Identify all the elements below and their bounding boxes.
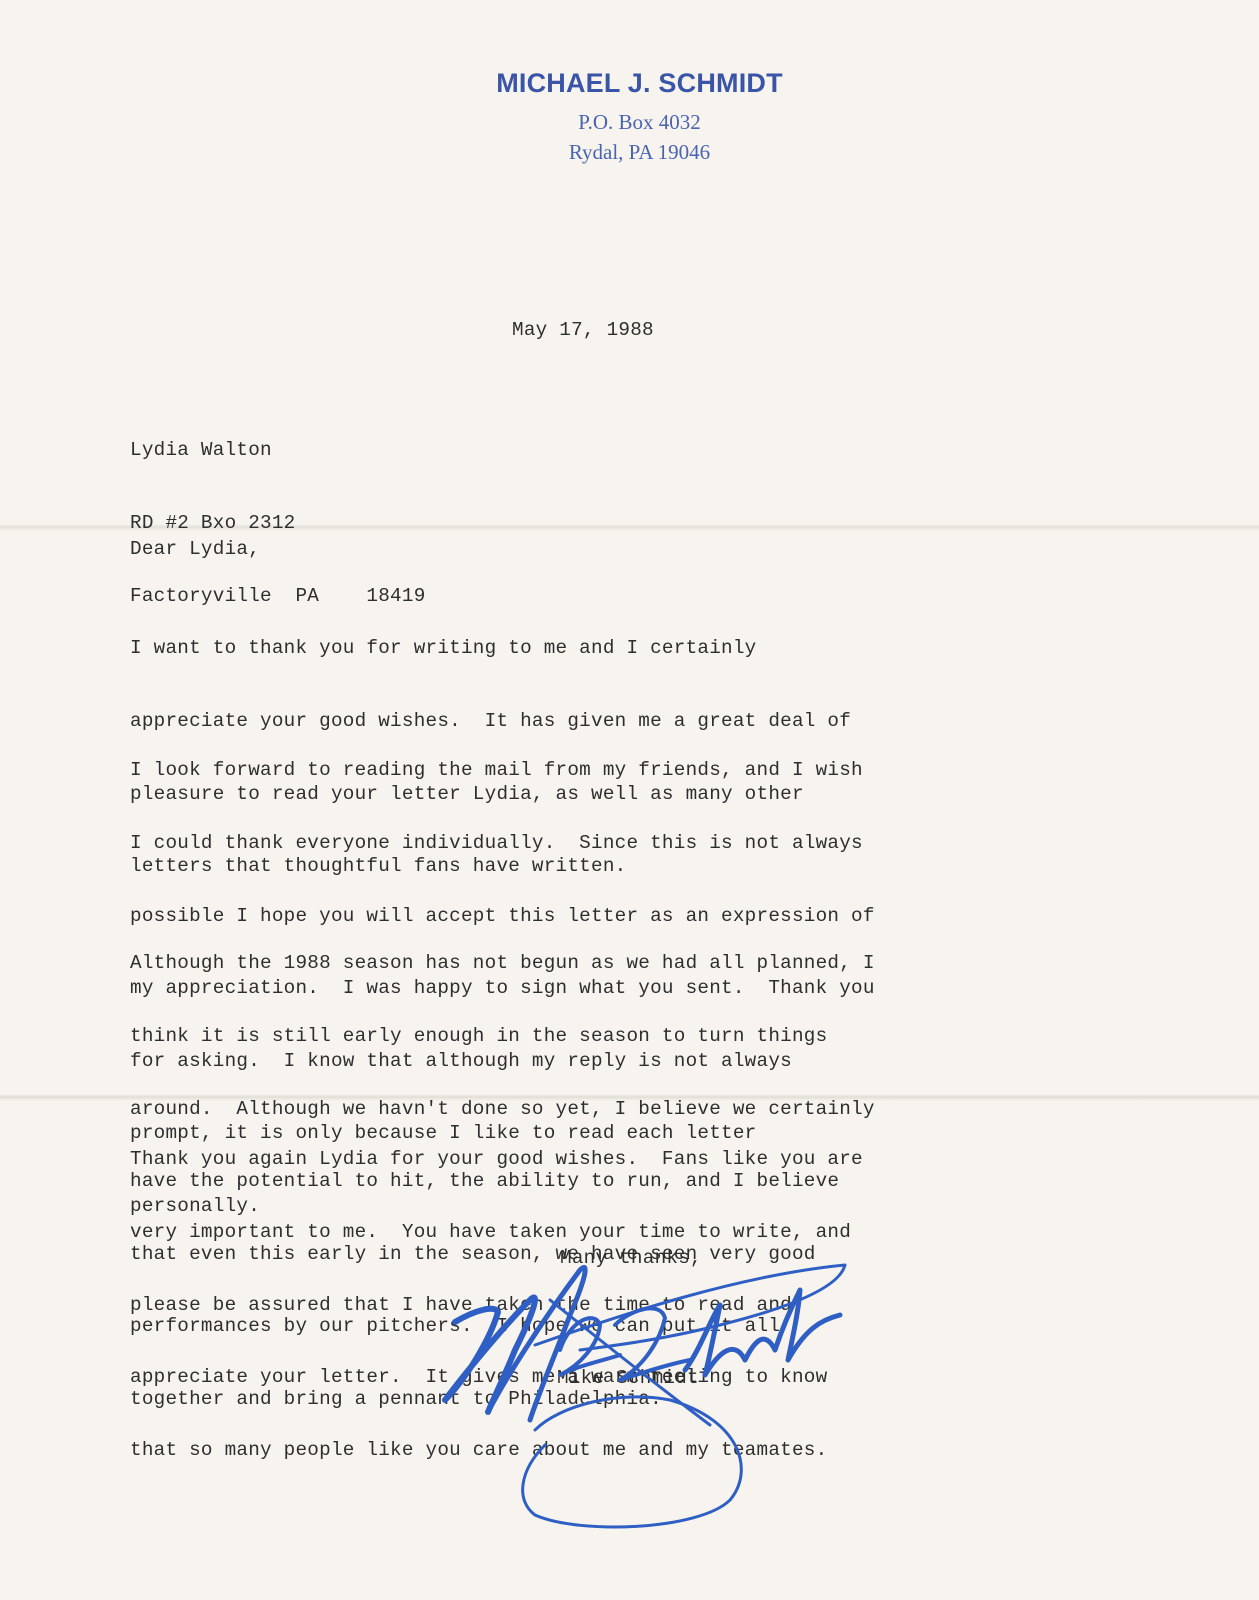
body-line: please be assured that I have taken the … — [130, 1293, 863, 1317]
letter-page: MICHAEL J. SCHMIDT P.O. Box 4032 Rydal, … — [0, 0, 1259, 1600]
body-line: I want to thank you for writing to me an… — [130, 636, 851, 660]
letterhead-po-box: P.O. Box 4032 — [10, 110, 1259, 135]
recipient-name: Lydia Walton — [130, 438, 426, 462]
letterhead-city: Rydal, PA 19046 — [10, 140, 1259, 165]
body-line: I look forward to reading the mail from … — [130, 758, 875, 782]
body-line: think it is still early enough in the se… — [130, 1024, 875, 1048]
body-line: appreciate your letter. It gives me a wa… — [130, 1365, 863, 1389]
body-line: Although the 1988 season has not begun a… — [130, 951, 875, 975]
body-line: that so many people like you care about … — [130, 1438, 863, 1462]
salutation: Dear Lydia, — [130, 537, 260, 561]
signer-name: Mike Schmidt — [557, 1366, 699, 1390]
letter-date: May 17, 1988 — [512, 318, 654, 342]
body-line: I could thank everyone individually. Sin… — [130, 831, 875, 855]
letterhead-name: MICHAEL J. SCHMIDT — [10, 68, 1259, 99]
body-line: Thank you again Lydia for your good wish… — [130, 1147, 863, 1171]
body-line: very important to me. You have taken you… — [130, 1220, 863, 1244]
closing: Many thanks, — [560, 1246, 702, 1270]
body-paragraph-4: Thank you again Lydia for your good wish… — [130, 1099, 863, 1510]
recipient-street: RD #2 Bxo 2312 — [130, 511, 426, 535]
